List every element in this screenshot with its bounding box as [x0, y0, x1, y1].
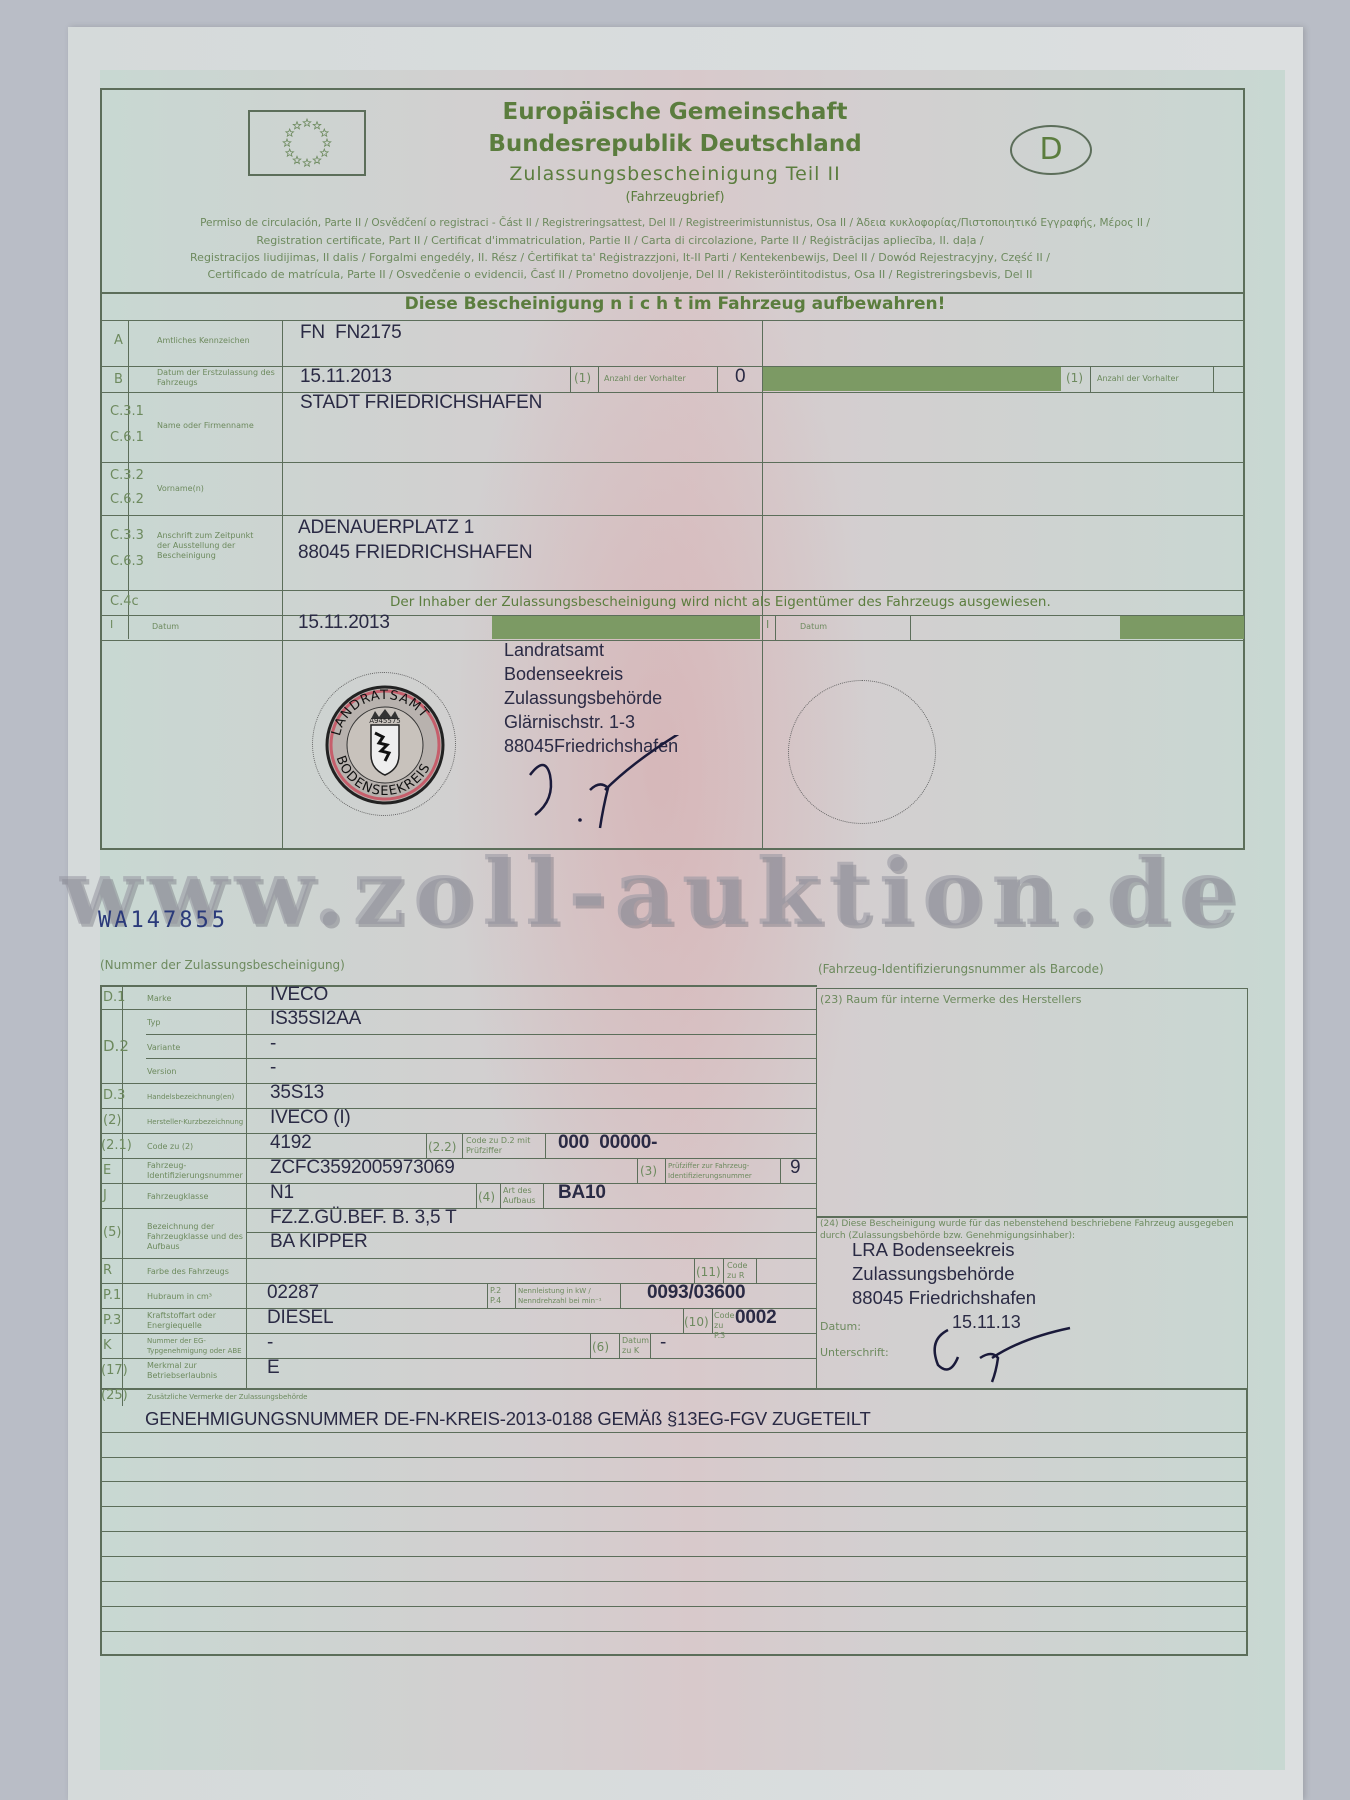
field-25-value: GENEHMIGUNGSNUMMER DE-FN-KREIS-2013-0188…	[145, 1408, 871, 1430]
field-c31-label: Name oder Firmenname	[157, 421, 277, 431]
field-25-code: (25)	[101, 1388, 128, 1403]
field-d2-version-value: -	[270, 1057, 276, 1079]
field-b-sub-code: (1)	[574, 371, 591, 385]
multilingual-line-1: Permiso de circulación, Parte II / Osvěd…	[105, 215, 1245, 232]
issuer-line-2: Zulassungsbehörde	[852, 1262, 1036, 1286]
svg-text:A945575: A945575	[369, 717, 401, 725]
watermark: www.zoll-auktion.de	[60, 838, 1300, 946]
field-6-label: Datum zu K	[622, 1336, 648, 1356]
field-5-code: (5)	[103, 1225, 121, 1240]
field-r-label: Farbe des Fahrzeugs	[147, 1267, 229, 1277]
field-a-code: A	[114, 333, 123, 348]
certificate-number-caption: (Nummer der Zulassungsbescheinigung)	[100, 958, 345, 972]
issuer-date-label: Datum:	[820, 1320, 861, 1333]
field-c33-value-line1: ADENAUERPLATZ 1	[298, 517, 474, 539]
warning-banner: Diese Bescheinigung n i c h t im Fahrzeu…	[0, 294, 1350, 314]
field-d1-value: IVECO	[270, 984, 328, 1006]
field-21-code: (2.1)	[101, 1138, 132, 1153]
field-c32-code: C.3.2	[110, 468, 144, 483]
field-c31-code: C.3.1	[110, 404, 144, 419]
signature-issuer	[920, 1318, 1080, 1388]
barcode-caption: (Fahrzeug-Identifizierungsnummer als Bar…	[818, 962, 1104, 976]
field-p2p4-value: 0093/03600	[647, 1282, 745, 1304]
field-b-code: B	[114, 372, 123, 387]
field-4-value: BA10	[558, 1182, 606, 1204]
field-d2-typ-label: Typ	[147, 1018, 160, 1028]
field-k-code: K	[103, 1338, 112, 1353]
field-11-label: Code zu R	[727, 1261, 755, 1281]
field-3-value: 9	[790, 1157, 800, 1179]
official-seal: LANDRATSAMT BODENSEEKREIS A945575	[312, 672, 456, 816]
issuer-signature-label: Unterschrift:	[820, 1346, 889, 1359]
field-b-sub-label: Anzahl der Vorhalter	[604, 374, 686, 384]
field-6-value: -	[660, 1332, 666, 1354]
field-22-value: 000 00000-	[558, 1132, 657, 1154]
manufacturer-box-label: (23) Raum für interne Vermerke des Herst…	[820, 993, 1081, 1006]
field-i-bar	[492, 616, 760, 639]
field-e-label: Fahrzeug-Identifizierungsnummer	[147, 1161, 245, 1181]
field-k-value: -	[267, 1332, 273, 1354]
field-d1-code: D.1	[103, 990, 125, 1005]
field-k-label: Nummer der EG-Typgenehmigung oder ABE	[147, 1336, 245, 1356]
multilingual-line-4: Certificado de matrícula, Parte II / Osv…	[100, 266, 1140, 283]
field-j-label: Fahrzeugklasse	[147, 1192, 208, 1202]
field-10-label: Code zu P.3	[714, 1311, 734, 1341]
field-5-label: Bezeichnung der Fahrzeugklasse und des A…	[147, 1222, 245, 1252]
field-d3-code: D.3	[103, 1088, 125, 1103]
field-2-label: Hersteller-Kurzbezeichnung	[147, 1117, 243, 1127]
field-p1-value: 02287	[267, 1282, 319, 1304]
field-p2p4-label: Nennleistung in kW / Nenndrehzahl bei mi…	[518, 1286, 618, 1306]
field-2-value: IVECO (I)	[270, 1107, 351, 1129]
field-i-code: I	[110, 618, 113, 631]
field-2-code: (2)	[103, 1113, 121, 1128]
field-a-label: Amtliches Kennzeichen	[157, 336, 277, 346]
field-e-value: ZCFC3592005973069	[270, 1157, 455, 1179]
field-d2-variante-label: Variante	[147, 1043, 180, 1053]
field-11-code: (11)	[696, 1265, 721, 1279]
field-r-code: R	[103, 1263, 112, 1278]
field-3-label: Prüfziffer zur Fahrzeug-Identifizierungs…	[668, 1161, 778, 1181]
field-4-code: (4)	[478, 1190, 495, 1204]
field-22-code: (2.2)	[428, 1140, 456, 1154]
field-j-code: J	[103, 1188, 107, 1203]
header-title-ec: Europäische Gemeinschaft	[0, 99, 1350, 125]
field-10-code: (10)	[684, 1315, 709, 1329]
header-title-brd: Bundesrepublik Deutschland	[0, 131, 1350, 157]
field-3-code: (3)	[640, 1164, 657, 1178]
authority-line-4: Glärnischstr. 1-3	[504, 710, 678, 734]
multilingual-line-2: Registration certificate, Part II / Cert…	[100, 232, 1140, 249]
field-b-right-bar	[763, 367, 1061, 391]
seal-emblem-icon: LANDRATSAMT BODENSEEKREIS A945575	[313, 673, 457, 817]
authority-line-3: Zulassungsbehörde	[504, 686, 678, 710]
signature-holder	[510, 735, 710, 835]
field-e-code: E	[103, 1163, 111, 1178]
field-21-label: Code zu (2)	[147, 1142, 193, 1152]
issuer-lines: LRA Bodenseekreis Zulassungsbehörde 8804…	[852, 1238, 1036, 1310]
field-10-value: 0002	[735, 1307, 776, 1329]
field-p3-code: P.3	[103, 1313, 121, 1328]
field-c63-code: C.6.3	[110, 554, 144, 569]
field-d3-value: 35S13	[270, 1082, 324, 1104]
field-i-right-bar	[1120, 616, 1244, 639]
field-25-label: Zusätzliche Vermerke der Zulassungsbehör…	[147, 1392, 308, 1402]
field-b-right-sub-label: Anzahl der Vorhalter	[1097, 374, 1179, 384]
field-i-value: 15.11.2013	[298, 612, 390, 634]
field-p3-label: Kraftstoffart oder Energiequelle	[147, 1311, 245, 1331]
issuer-line-1: LRA Bodenseekreis	[852, 1238, 1036, 1262]
certificate-number: WA147855	[98, 908, 228, 933]
field-c62-code: C.6.2	[110, 492, 144, 507]
field-b-sub-value: 0	[735, 366, 745, 388]
field-p2p4-code: P.2 P.4	[490, 1286, 512, 1306]
field-p3-value: DIESEL	[267, 1307, 333, 1329]
field-c61-code: C.6.1	[110, 430, 144, 445]
field-c33-code: C.3.3	[110, 528, 144, 543]
field-c32-label: Vorname(n)	[157, 484, 277, 494]
field-c33-value-line2: 88045 FRIEDRICHSHAFEN	[298, 542, 532, 564]
field-d2-version-label: Version	[147, 1067, 176, 1077]
field-22-label: Code zu D.2 mit Prüfziffer	[466, 1136, 544, 1156]
field-c31-value: STADT FRIEDRICHSHAFEN	[300, 392, 542, 414]
field-i-right-code: I	[766, 618, 769, 631]
seal-placeholder-right	[788, 680, 936, 824]
field-5-value-line1: FZ.Z.GÜ.BEF. B. 3,5 T	[270, 1207, 457, 1229]
field-d3-label: Handelsbezeichnung(en)	[147, 1092, 234, 1102]
issuer-line-3: 88045 Friedrichshafen	[852, 1286, 1036, 1310]
field-6-code: (6)	[592, 1340, 609, 1354]
header-title-zb: Zulassungsbescheinigung Teil II	[0, 163, 1350, 185]
authority-line-1: Landratsamt	[504, 638, 678, 662]
manufacturer-box	[816, 988, 1248, 1218]
field-17-code: (17)	[101, 1363, 128, 1378]
multilingual-line-3: Registracijos liudijimas, II dalis / For…	[100, 249, 1140, 266]
field-i-right-label: Datum	[800, 622, 827, 632]
field-d1-label: Marke	[147, 994, 171, 1004]
field-a-value: FN FN2175	[300, 322, 401, 344]
field-p1-code: P.1	[103, 1288, 121, 1303]
country-code-badge: D	[1010, 125, 1092, 175]
field-p1-label: Hubraum in cm³	[147, 1292, 212, 1302]
field-d2-typ-value: IS35SI2AA	[270, 1008, 361, 1030]
field-17-label: Merkmal zur Betriebserlaubnis	[147, 1361, 245, 1381]
field-c4c-text: Der Inhaber der Zulassungsbescheinigung …	[390, 594, 1051, 610]
field-d2-code: D.2	[103, 1037, 129, 1055]
field-c4c-code: C.4c	[110, 594, 139, 609]
field-i-label: Datum	[152, 622, 179, 632]
header-subtitle: (Fahrzeugbrief)	[0, 190, 1350, 205]
field-4-label: Art des Aufbaus	[503, 1186, 543, 1206]
field-b-right-sub-code: (1)	[1066, 371, 1083, 385]
authority-line-2: Bodenseekreis	[504, 662, 678, 686]
field-b-value: 15.11.2013	[300, 366, 392, 388]
field-17-value: E	[267, 1357, 279, 1379]
field-b-label: Datum der Erstzulassung des Fahrzeugs	[157, 368, 277, 388]
field-d2-variante-value: -	[270, 1033, 276, 1055]
field-c33-label: Anschrift zum Zeitpunkt der Ausstellung …	[157, 531, 257, 561]
field-j-value: N1	[270, 1182, 294, 1204]
field-5-value-line2: BA KIPPER	[270, 1231, 367, 1253]
field-21-value: 4192	[270, 1132, 311, 1154]
